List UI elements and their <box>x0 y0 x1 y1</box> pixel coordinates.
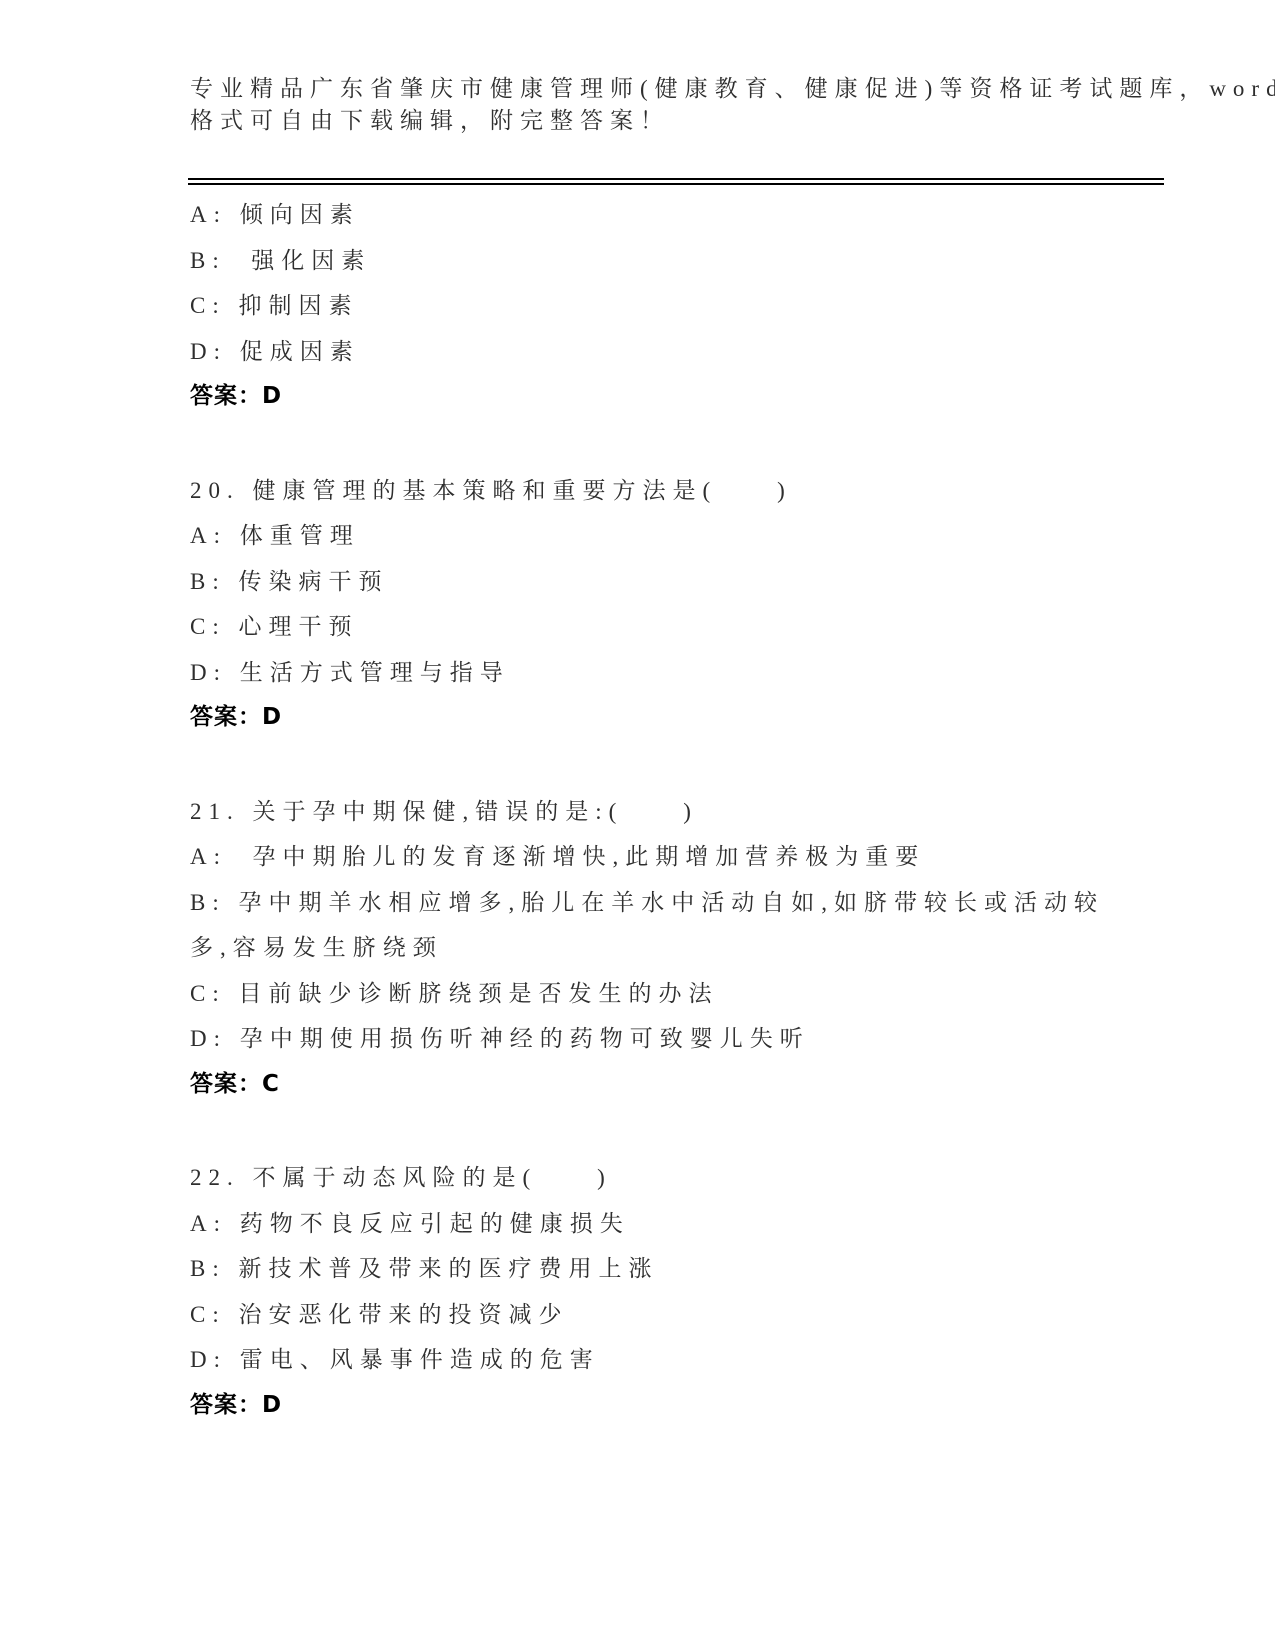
option-line: C: 治安恶化带来的投资减少 <box>190 1292 1190 1338</box>
option-line: A: 倾向因素 <box>190 192 1190 238</box>
document-page: 专业精品广东省肇庆市健康管理师(健康教育、健康促进)等资格证考试题库，word … <box>0 0 1275 1650</box>
option-line: D: 雷电、风暴事件造成的危害 <box>190 1337 1190 1383</box>
option-line: A: 药物不良反应引起的健康损失 <box>190 1201 1190 1247</box>
option-line: C: 心理干预 <box>190 604 1190 650</box>
block-spacer <box>190 741 1190 789</box>
question-line: 20. 健康管理的基本策略和重要方法是( ) <box>190 468 1190 514</box>
option-line: D: 促成因素 <box>190 329 1190 375</box>
question-block: 22. 不属于动态风险的是( )A: 药物不良反应引起的健康损失B: 新技术普及… <box>190 1155 1190 1428</box>
option-line: C: 抑制因素 <box>190 283 1190 329</box>
document-body: A: 倾向因素B: 强化因素C: 抑制因素D: 促成因素答案：D20. 健康管理… <box>190 192 1190 1428</box>
option-line: B: 强化因素 <box>190 238 1190 284</box>
answer-line: 答案：D <box>190 1383 1190 1429</box>
block-spacer <box>190 1107 1190 1155</box>
option-line: B: 传染病干预 <box>190 559 1190 605</box>
header-line: 专业精品广东省肇庆市健康管理师(健康教育、健康促进)等资格证考试题库，word <box>190 73 1190 105</box>
option-line: D: 生活方式管理与指导 <box>190 650 1190 696</box>
option-line: C: 目前缺少诊断脐绕颈是否发生的办法 <box>190 971 1190 1017</box>
answer-line: 答案：C <box>190 1062 1190 1108</box>
question-block: A: 倾向因素B: 强化因素C: 抑制因素D: 促成因素答案：D <box>190 192 1190 420</box>
option-line: 多,容易发生脐绕颈 <box>190 925 1190 971</box>
question-block: 21. 关于孕中期保健,错误的是:( )A: 孕中期胎儿的发育逐渐增快,此期增加… <box>190 789 1190 1108</box>
option-line: B: 新技术普及带来的医疗费用上涨 <box>190 1246 1190 1292</box>
option-line: A: 孕中期胎儿的发育逐渐增快,此期增加营养极为重要 <box>190 834 1190 880</box>
header-double-rule <box>188 178 1164 185</box>
option-line: D: 孕中期使用损伤听神经的药物可致婴儿失听 <box>190 1016 1190 1062</box>
answer-line: 答案：D <box>190 374 1190 420</box>
option-line: B: 孕中期羊水相应增多,胎儿在羊水中活动自如,如脐带较长或活动较 <box>190 880 1190 926</box>
option-line: A: 体重管理 <box>190 513 1190 559</box>
answer-line: 答案：D <box>190 695 1190 741</box>
question-line: 22. 不属于动态风险的是( ) <box>190 1155 1190 1201</box>
question-line: 21. 关于孕中期保健,错误的是:( ) <box>190 789 1190 835</box>
question-block: 20. 健康管理的基本策略和重要方法是( )A: 体重管理B: 传染病干预C: … <box>190 468 1190 741</box>
header-line: 格式可自由下载编辑，附完整答案！ <box>190 105 1190 137</box>
block-spacer <box>190 420 1190 468</box>
page-header: 专业精品广东省肇庆市健康管理师(健康教育、健康促进)等资格证考试题库，word … <box>190 73 1190 137</box>
